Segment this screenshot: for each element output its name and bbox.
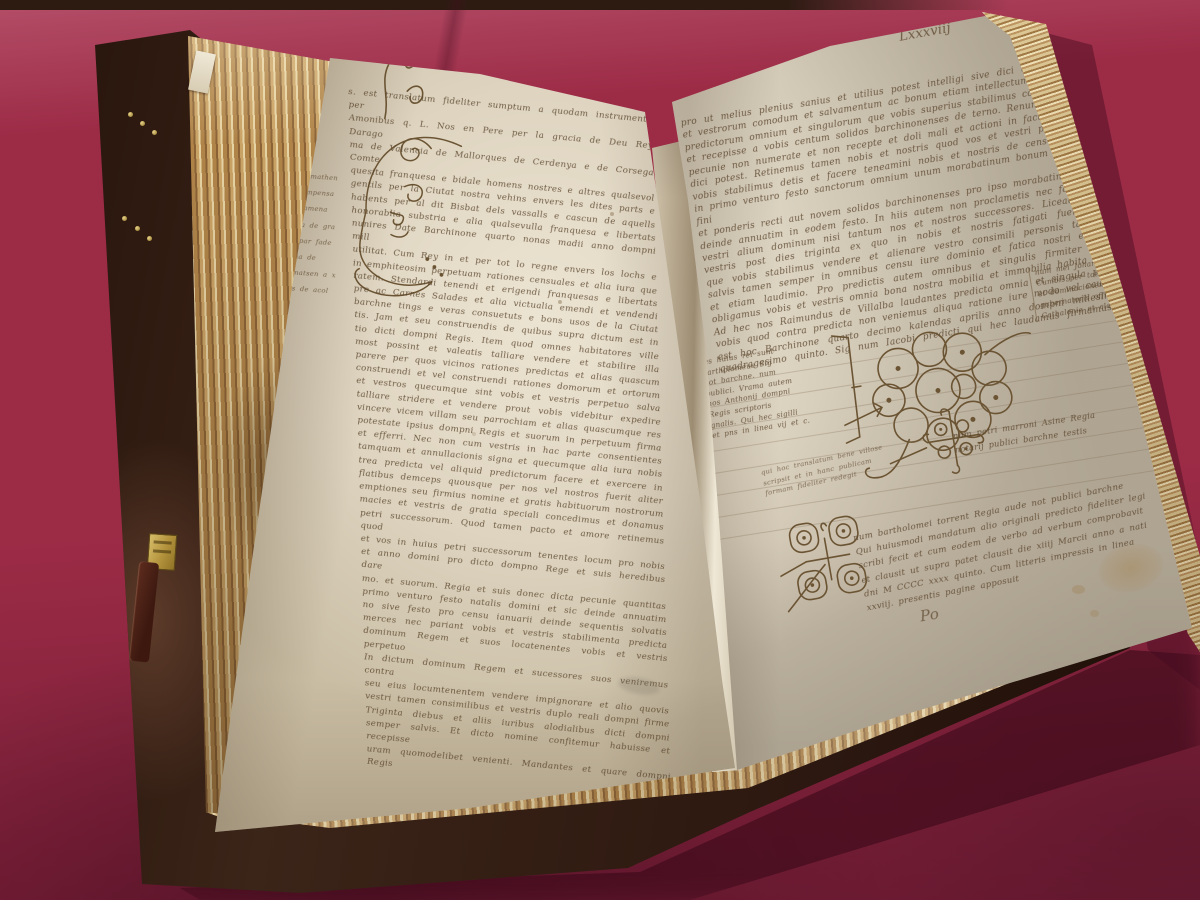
table-edge-band: [0, 0, 1010, 10]
brass-nail: [140, 121, 145, 126]
brass-nail: [128, 112, 133, 117]
stain-droplet: [1090, 610, 1099, 617]
ink-speck: [558, 300, 562, 304]
brass-nail: [152, 130, 157, 135]
ink-speck: [610, 212, 614, 216]
brass-nail: [135, 226, 140, 231]
ink-speck: [472, 432, 476, 436]
stain-droplet: [1072, 585, 1085, 594]
photo-scene: Privilegi de vallor torre casa alberch d…: [0, 0, 1200, 900]
left-page-body-text: s. est translatum fideliter sumptum a qu…: [348, 86, 671, 798]
brass-nail: [147, 236, 152, 241]
tablecloth-crease: [428, 0, 474, 72]
paraph-mark: Po: [919, 605, 941, 626]
brass-nail: [122, 216, 127, 221]
